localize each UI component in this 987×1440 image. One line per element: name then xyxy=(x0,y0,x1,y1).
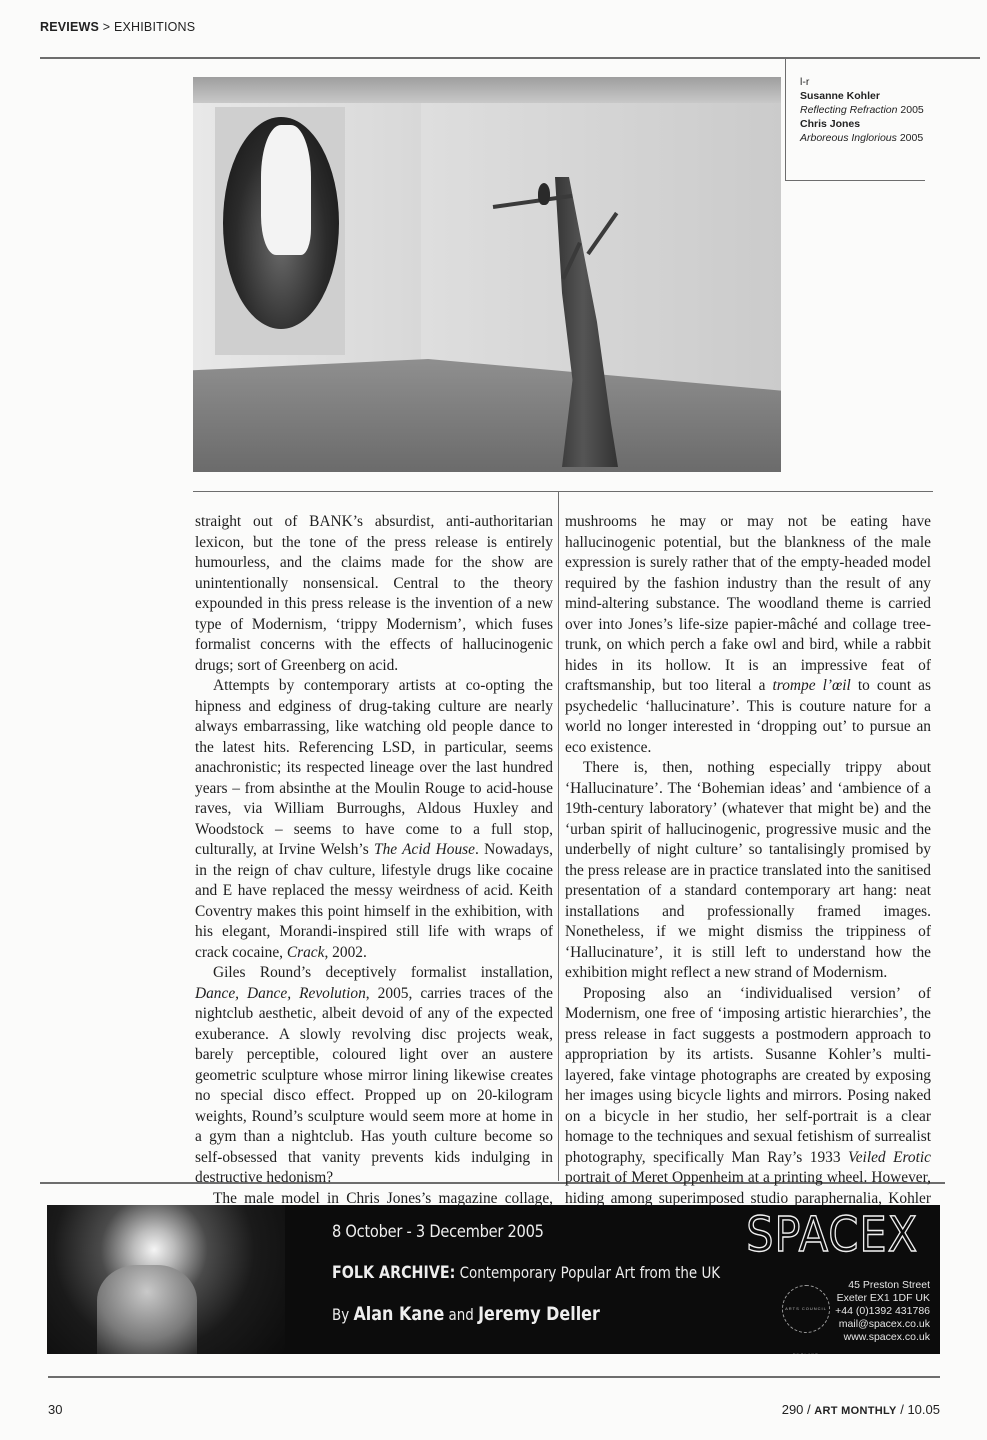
caption-work-1-title: Reflecting Refraction xyxy=(800,104,897,116)
issue-date: 10.05 xyxy=(907,1402,940,1417)
photo-silhouette-figure xyxy=(261,125,311,255)
ad-address-line: Exeter EX1 1DF UK xyxy=(835,1292,930,1305)
ad-artist-1: Alan Kane xyxy=(353,1303,444,1325)
ad-dates: 8 October - 3 December 2005 xyxy=(332,1222,544,1242)
ad-title-bold: FOLK ARCHIVE: xyxy=(332,1263,455,1283)
caption-artist-2: Chris Jones xyxy=(800,117,970,131)
photo-owl xyxy=(538,183,550,205)
ad-artists: By Alan Kane and Jeremy Deller xyxy=(332,1303,600,1325)
top-rule xyxy=(40,57,980,59)
ad-title-rest: Contemporary Popular Art from the UK xyxy=(455,1263,720,1282)
breadcrumb-separator: > xyxy=(103,20,111,34)
paragraph-text: straight out of BANK’s absurdist, anti-a… xyxy=(195,513,553,674)
photo-bottom-rule xyxy=(193,491,933,492)
paragraph-italic-term: trompe l’œil xyxy=(773,677,851,694)
ad-email: mail@spacex.co.uk xyxy=(835,1318,930,1331)
paragraph-text: Attempts by contemporary artists at co-o… xyxy=(195,677,553,858)
section-label: REVIEWS xyxy=(40,20,99,34)
paragraph-text: The male model in Chris Jones’s magazine… xyxy=(213,1190,553,1207)
magazine-name: ART MONTHLY xyxy=(814,1405,896,1417)
article-column-left: straight out of BANK’s absurdist, anti-a… xyxy=(195,512,553,1250)
article-paragraph: Giles Round’s deceptively formalist inst… xyxy=(195,963,553,1189)
caption-work-1-year: 2005 xyxy=(900,104,923,116)
photo-oval-print xyxy=(223,117,339,329)
article-paragraph: mushrooms he may or may not be eating ha… xyxy=(565,512,931,758)
paragraph-italic-title: Crack xyxy=(287,944,325,961)
caption-bottom-rule xyxy=(785,180,925,181)
ad-address: 45 Preston Street Exeter EX1 1DF UK +44 … xyxy=(835,1279,930,1344)
ad-brand-logo: SPACEX xyxy=(746,1207,918,1263)
ad-website: www.spacex.co.uk xyxy=(835,1331,930,1344)
paragraph-italic-title: Veiled Erotic xyxy=(848,1149,931,1166)
advertisement: 8 October - 3 December 2005 FOLK ARCHIVE… xyxy=(47,1205,940,1354)
ad-photo-figure xyxy=(97,1265,197,1354)
ad-artist-2: Jeremy Deller xyxy=(478,1303,600,1325)
paragraph-text: . Nowadays, in the reign of chav culture… xyxy=(195,841,553,961)
paragraph-text: There is, then, nothing especially tripp… xyxy=(565,759,931,981)
caption-vertical-rule xyxy=(785,57,786,180)
ad-phone: +44 (0)1392 431786 xyxy=(835,1305,930,1318)
paragraph-italic-title: Dance, Dance, Revolution xyxy=(195,985,366,1002)
installation-photo xyxy=(193,77,781,472)
footer-separator: / xyxy=(897,1402,908,1417)
section-header: REVIEWS > EXHIBITIONS xyxy=(40,20,195,34)
article-paragraph: There is, then, nothing especially tripp… xyxy=(565,758,931,984)
ad-by-prefix: By xyxy=(332,1305,353,1324)
arts-council-logo-text: ARTS COUNCIL ENGLAND xyxy=(785,1306,827,1354)
article-column-right: mushrooms he may or may not be eating ha… xyxy=(565,512,931,1271)
page-number: 30 xyxy=(48,1402,62,1417)
paragraph-italic-title: The Acid House xyxy=(374,841,475,858)
paragraph-text: Proposing also an ‘individualised versio… xyxy=(565,985,931,1166)
column-divider xyxy=(558,491,559,1181)
caption-work-2: Arboreous Inglorious 2005 xyxy=(800,131,970,145)
paragraph-text: , 2002. xyxy=(324,944,366,961)
article-paragraph: straight out of BANK’s absurdist, anti-a… xyxy=(195,512,553,676)
photo-caption: l-r Susanne Kohler Reflecting Refraction… xyxy=(800,75,970,145)
caption-order: l-r xyxy=(800,75,970,89)
caption-work-2-title: Arboreous Inglorious xyxy=(800,132,897,144)
arts-council-logo-icon: ARTS COUNCIL ENGLAND xyxy=(782,1285,830,1333)
ad-address-line: 45 Preston Street xyxy=(835,1279,930,1292)
issue-info: 290 / ART MONTHLY / 10.05 xyxy=(782,1402,940,1417)
footer-rule xyxy=(48,1376,940,1378)
caption-artist-1: Susanne Kohler xyxy=(800,89,970,103)
ad-exhibition-title: FOLK ARCHIVE: Contemporary Popular Art f… xyxy=(332,1263,720,1283)
photo-ceiling xyxy=(193,77,781,103)
footer-separator: / xyxy=(803,1402,814,1417)
article-paragraph: Attempts by contemporary artists at co-o… xyxy=(195,676,553,963)
paragraph-text: Giles Round’s deceptively formalist inst… xyxy=(213,964,553,981)
subsection-label: EXHIBITIONS xyxy=(114,20,195,34)
caption-work-2-year: 2005 xyxy=(900,132,923,144)
ad-and: and xyxy=(444,1305,478,1324)
issue-number: 290 xyxy=(782,1402,804,1417)
paragraph-text: , 2005, carries traces of the nightclub … xyxy=(195,985,553,1187)
caption-work-1: Reflecting Refraction 2005 xyxy=(800,103,970,117)
paragraph-text: mushrooms he may or may not be eating ha… xyxy=(565,513,931,694)
